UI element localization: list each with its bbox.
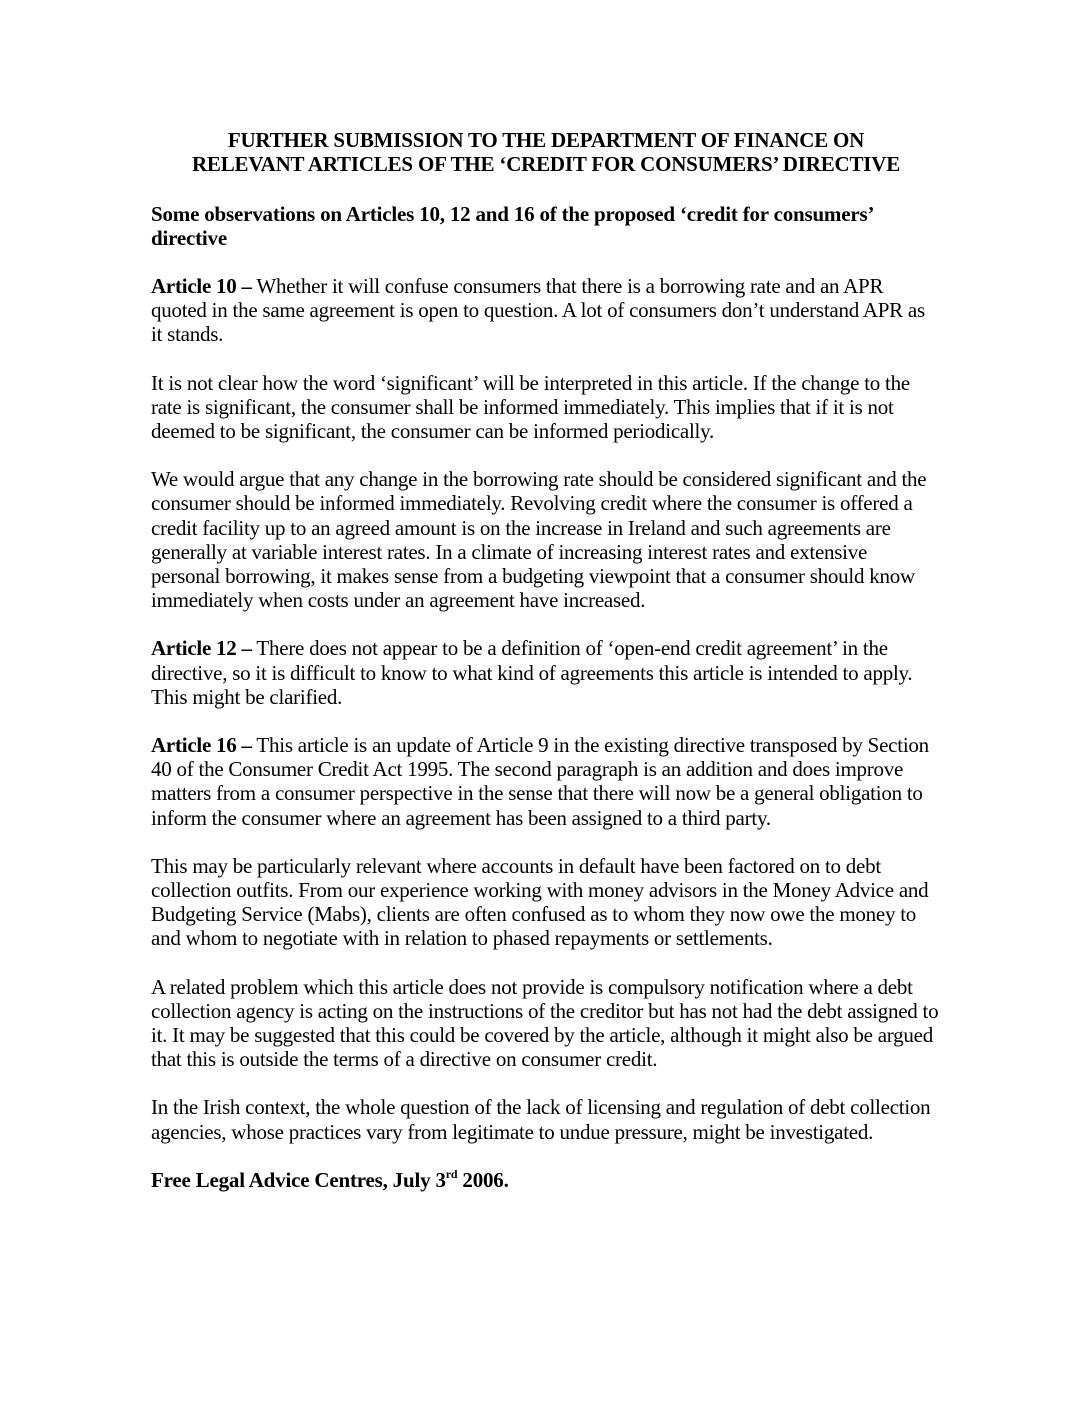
- paragraph-lead: Article 10 –: [151, 274, 252, 298]
- signature-prefix: Free Legal Advice Centres, July 3: [151, 1168, 446, 1192]
- paragraph-text: Whether it will confuse consumers that t…: [151, 274, 925, 346]
- paragraph-related-problem: A related problem which this article doe…: [151, 975, 941, 1072]
- paragraph-argument: We would argue that any change in the bo…: [151, 467, 941, 612]
- paragraph-irish-context: In the Irish context, the whole question…: [151, 1095, 941, 1143]
- signature-suffix: 2006.: [457, 1168, 508, 1192]
- paragraph-lead: Article 12 –: [151, 636, 252, 660]
- paragraph-text: We would argue that any change in the bo…: [151, 467, 926, 612]
- paragraph-text: In the Irish context, the whole question…: [151, 1095, 930, 1143]
- signature-superscript: rd: [446, 1167, 458, 1181]
- paragraph-text: This may be particularly relevant where …: [151, 854, 928, 951]
- paragraph-text: There does not appear to be a definition…: [151, 636, 912, 708]
- paragraph-text: This article is an update of Article 9 i…: [151, 733, 929, 830]
- document-title: FURTHER SUBMISSION TO THE DEPARTMENT OF …: [151, 128, 941, 176]
- signature: Free Legal Advice Centres, July 3rd 2006…: [151, 1168, 941, 1192]
- paragraph-lead: Article 16 –: [151, 733, 252, 757]
- paragraph-article-12: Article 12 – There does not appear to be…: [151, 636, 941, 709]
- paragraph-text: A related problem which this article doe…: [151, 975, 938, 1072]
- document-subtitle: Some observations on Articles 10, 12 and…: [151, 202, 941, 250]
- paragraph-text: It is not clear how the word ‘significan…: [151, 371, 910, 443]
- paragraph-relevance: This may be particularly relevant where …: [151, 854, 941, 951]
- paragraph-article-16: Article 16 – This article is an update o…: [151, 733, 941, 830]
- paragraph-significant: It is not clear how the word ‘significan…: [151, 371, 941, 444]
- title-line-2: RELEVANT ARTICLES OF THE ‘CREDIT FOR CON…: [192, 152, 900, 176]
- title-line-1: FURTHER SUBMISSION TO THE DEPARTMENT OF …: [228, 128, 864, 152]
- paragraph-article-10: Article 10 – Whether it will confuse con…: [151, 274, 941, 347]
- document-page: FURTHER SUBMISSION TO THE DEPARTMENT OF …: [151, 128, 941, 1192]
